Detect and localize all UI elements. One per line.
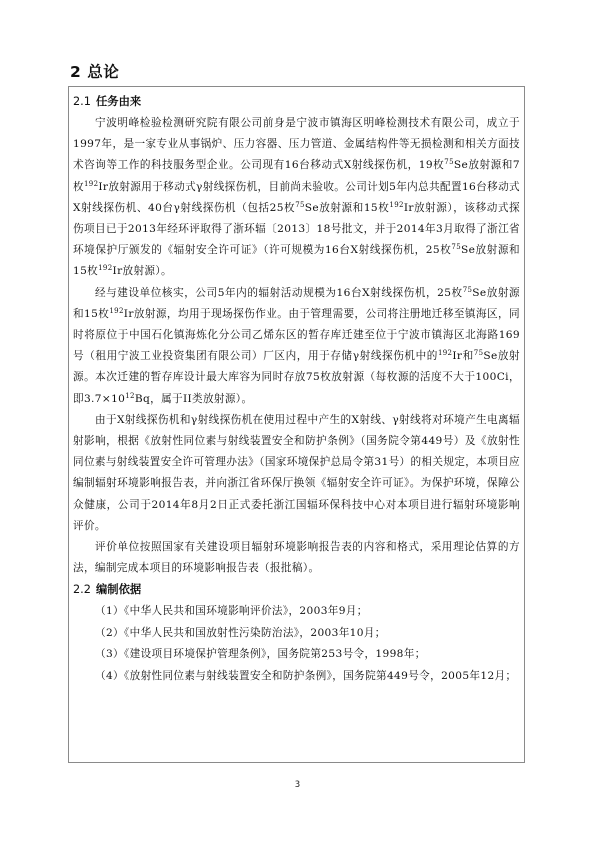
section-number: 2.2 [73, 583, 91, 596]
content-box: 2.1任务由来 宁波明峰检验检测研究院有限公司前身是宁波市镇海区明峰检测技术有限… [68, 86, 525, 763]
superscript: 75 [295, 201, 305, 209]
paragraph: 由于X射线探伤机和γ射线探伤机在使用过程中产生的X射线、γ射线将对环境产生电离辐… [73, 410, 520, 537]
superscript: 75 [444, 158, 454, 166]
paragraph: 评价单位按照国家有关建设项目辐射环境影响报告表的内容和格式，采用理论估算的方法，… [73, 537, 520, 579]
superscript: 192 [438, 349, 452, 357]
superscript: 75 [451, 243, 461, 251]
chapter-title: 2 总论 [70, 60, 119, 82]
section-title: 编制依据 [96, 583, 141, 596]
superscript: 192 [98, 264, 112, 272]
section-heading-basis: 2.2编制依据 [73, 579, 520, 601]
superscript: 75 [474, 349, 484, 357]
superscript: 192 [389, 201, 403, 209]
superscript: 192 [84, 180, 98, 188]
reference-item: （4）《放射性同位素与射线装置安全和防护条例》，国务院第449号令，2005年1… [73, 666, 520, 688]
superscript: 12 [125, 392, 135, 400]
paragraph: 经与建设单位核实，公司5年内的辐射活动规模为16台X射线探伤机，25枚75Se放… [73, 283, 520, 410]
section-number: 2.1 [73, 95, 91, 108]
reference-item: （3）《建设项目环境保护管理条例》，国务院第253号令，1998年； [73, 644, 520, 666]
section-heading-task-origin: 2.1任务由来 [73, 91, 520, 113]
chapter-title-text: 总论 [87, 63, 119, 81]
page-number: 3 [0, 780, 595, 790]
section-title: 任务由来 [96, 95, 141, 108]
superscript: 75 [463, 286, 473, 294]
chapter-number: 2 [70, 63, 81, 81]
reference-item: （1）《中华人民共和国环境影响评价法》，2003年9月； [73, 601, 520, 623]
reference-item: （2）《中华人民共和国放射性污染防治法》，2003年10月； [73, 623, 520, 645]
superscript: 192 [109, 307, 123, 315]
paragraph: 宁波明峰检验检测研究院有限公司前身是宁波市镇海区明峰检测技术有限公司，成立于19… [73, 113, 520, 283]
